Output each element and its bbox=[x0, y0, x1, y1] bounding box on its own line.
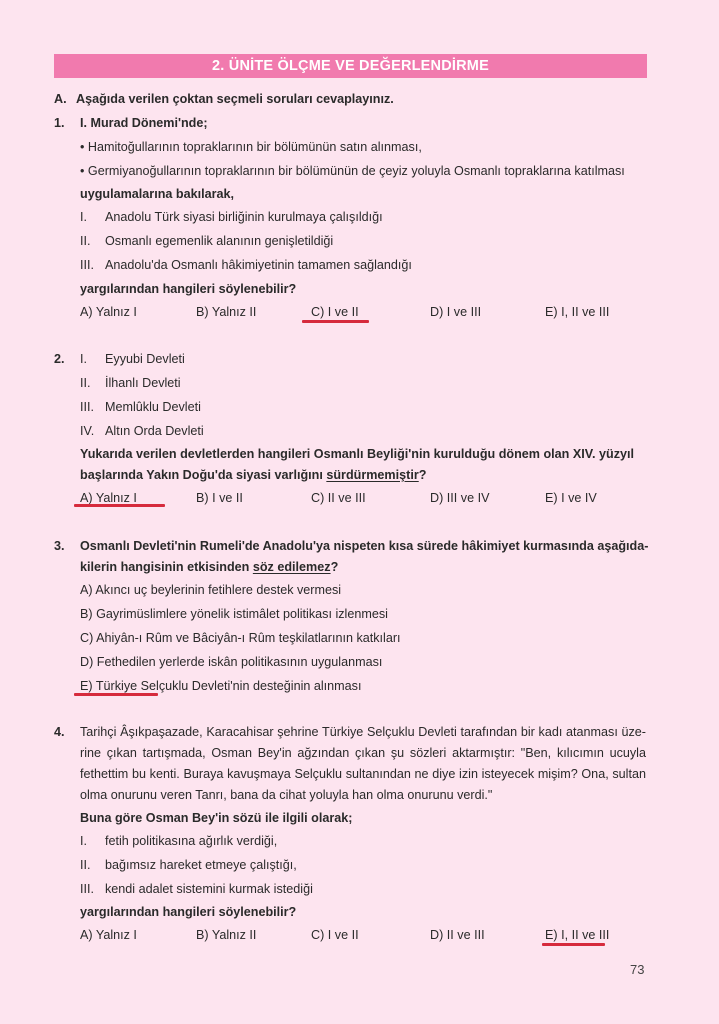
roman-numeral: I. bbox=[80, 351, 87, 367]
option-e[interactable]: E) I, II ve III bbox=[545, 304, 609, 320]
emphasized-word: sürdürmemiştir bbox=[326, 468, 418, 482]
question-2-prompt-line2: başlarında Yakın Doğu'da siyasi varlığın… bbox=[80, 467, 426, 483]
question-mark: ? bbox=[419, 468, 427, 482]
option-c[interactable]: C) I ve II bbox=[311, 304, 359, 320]
statement-item: Memlûklu Devleti bbox=[105, 399, 201, 415]
roman-numeral: I. bbox=[80, 209, 87, 225]
question-1-stem: I. Murad Dönemi'nde; bbox=[80, 115, 208, 131]
roman-numeral: III. bbox=[80, 399, 94, 415]
option-c[interactable]: C) I ve II bbox=[311, 927, 359, 943]
option-a[interactable]: A) Yalnız I bbox=[80, 304, 137, 320]
roman-numeral: III. bbox=[80, 257, 94, 273]
question-1-lead: uygulamalarına bakılarak, bbox=[80, 186, 234, 202]
option-e[interactable]: E) I ve IV bbox=[545, 490, 597, 506]
statement-item: kendi adalet sistemini kurmak istediği bbox=[105, 881, 313, 897]
question-4-passage: fethettim bu kenti. Buraya kavuşmaya Sel… bbox=[80, 766, 646, 782]
question-3-prompt: Osmanlı Devleti'nin Rumeli'de Anadolu'ya… bbox=[80, 538, 648, 554]
option-d[interactable]: D) II ve III bbox=[430, 927, 485, 943]
option-b[interactable]: B) Yalnız II bbox=[196, 304, 256, 320]
option-e[interactable]: E) Türkiye Selçuklu Devleti'nin desteğin… bbox=[80, 678, 361, 694]
question-1-number: 1. bbox=[54, 115, 65, 131]
roman-numeral: II. bbox=[80, 375, 91, 391]
statement-item: Anadolu'da Osmanlı hâkimiyetinin tamamen… bbox=[105, 257, 412, 273]
answer-mark bbox=[74, 504, 165, 507]
question-4-passage: rine çıkan tartışmada, Osman Bey'in ağzı… bbox=[80, 745, 646, 761]
roman-numeral: I. bbox=[80, 833, 87, 849]
option-b[interactable]: B) I ve II bbox=[196, 490, 243, 506]
question-1-bullet: • Hamitoğullarının topraklarının bir böl… bbox=[80, 139, 422, 155]
option-e[interactable]: E) I, II ve III bbox=[545, 927, 609, 943]
option-b[interactable]: B) Yalnız II bbox=[196, 927, 256, 943]
statement-item: bağımsız hareket etmeye çalıştığı, bbox=[105, 857, 297, 873]
question-1-bullet: • Germiyanoğullarının topraklarının bir … bbox=[80, 163, 625, 179]
question-3-prompt-line2: kilerin hangisinin etkisinden söz edilem… bbox=[80, 559, 338, 575]
roman-numeral: III. bbox=[80, 881, 94, 897]
answer-mark bbox=[302, 320, 369, 323]
option-c[interactable]: C) Ahiyân-ı Rûm ve Bâciyân-ı Rûm teşkila… bbox=[80, 630, 401, 646]
option-b[interactable]: B) Gayrimüslimlere yönelik istimâlet pol… bbox=[80, 606, 388, 622]
prompt-text: başlarında Yakın Doğu'da siyasi varlığın… bbox=[80, 468, 326, 482]
roman-numeral: II. bbox=[80, 857, 91, 873]
question-2-prompt: Yukarıda verilen devletlerden hangileri … bbox=[80, 446, 646, 462]
question-4-passage: Tarihçi Âşıkpaşazade, Karacahisar şehrin… bbox=[80, 724, 646, 740]
question-4-prompt: yargılarından hangileri söylenebilir? bbox=[80, 904, 296, 920]
option-d[interactable]: D) III ve IV bbox=[430, 490, 489, 506]
answer-mark bbox=[542, 943, 605, 946]
question-3-number: 3. bbox=[54, 538, 65, 554]
option-c[interactable]: C) II ve III bbox=[311, 490, 366, 506]
option-d[interactable]: D) Fethedilen yerlerde iskân politikasın… bbox=[80, 654, 382, 670]
statement-item: Anadolu Türk siyasi birliğinin kurulmaya… bbox=[105, 209, 383, 225]
statement-item: Osmanlı egemenlik alanının genişletildiğ… bbox=[105, 233, 333, 249]
prompt-text: kilerin hangisinin etkisinden bbox=[80, 560, 253, 574]
question-4-passage: olma onurunu veren Tanrı, bana da cihat … bbox=[80, 787, 492, 803]
statement-item: Altın Orda Devleti bbox=[105, 423, 204, 439]
roman-numeral: II. bbox=[80, 233, 91, 249]
question-1-prompt: yargılarından hangileri söylenebilir? bbox=[80, 281, 296, 297]
answer-mark bbox=[74, 693, 158, 696]
statement-item: Eyyubi Devleti bbox=[105, 351, 185, 367]
page-number: 73 bbox=[630, 962, 644, 977]
question-mark: ? bbox=[331, 560, 339, 574]
roman-numeral: IV. bbox=[80, 423, 94, 439]
option-a[interactable]: A) Akıncı uç beylerinin fetihlere destek… bbox=[80, 582, 341, 598]
question-2-number: 2. bbox=[54, 351, 65, 367]
question-4-number: 4. bbox=[54, 724, 65, 740]
section-instruction: Aşağıda verilen çoktan seçmeli soruları … bbox=[76, 91, 394, 107]
unit-assessment-banner: 2. ÜNİTE ÖLÇME VE DEĞERLENDİRME bbox=[54, 54, 647, 78]
question-4-lead: Buna göre Osman Bey'in sözü ile ilgili o… bbox=[80, 810, 352, 826]
section-label: A. bbox=[54, 91, 67, 107]
statement-item: fetih politikasına ağırlık verdiği, bbox=[105, 833, 277, 849]
emphasized-word: söz edilemez bbox=[253, 560, 331, 574]
statement-item: İlhanlı Devleti bbox=[105, 375, 181, 391]
option-d[interactable]: D) I ve III bbox=[430, 304, 481, 320]
option-a[interactable]: A) Yalnız I bbox=[80, 927, 137, 943]
